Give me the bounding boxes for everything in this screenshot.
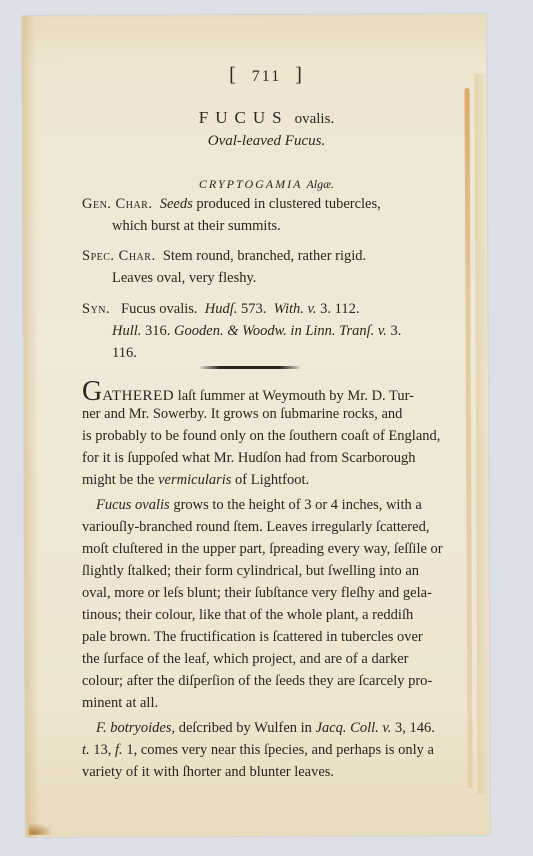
para-text: laſt ſummer at Weymouth by Mr. D. Tur- (174, 388, 414, 404)
order-name: Algæ. (306, 177, 334, 191)
para-text: 3, 146. (391, 720, 435, 736)
syn-ref: Hull. (112, 323, 141, 339)
syn-line-2: Hull. 316. Gooden. & Woodw. in Linn. Tra… (112, 320, 401, 342)
page-number-value: 711 (252, 68, 281, 85)
spec-char-text: Stem round, branched, rather rigid. (163, 248, 366, 264)
syn-line-3: 116. (112, 342, 137, 364)
syn-ref-num: 3. (387, 323, 402, 339)
para2-line-5: oval, more or leſs blunt; their ſubſtanc… (82, 582, 432, 604)
para2-line-1: Fucus ovalis grows to the height of 3 or… (96, 494, 422, 516)
para2-line-10: minent at all. (82, 692, 158, 714)
bracket-open: [ (229, 64, 238, 86)
para-text: of Lightfoot. (231, 472, 309, 488)
para3-line-2: t. 13, f. 1, comes very near this ſpecie… (82, 739, 434, 761)
para2-line-8: the ſurface of the leaf, which project, … (82, 648, 408, 670)
para-text: 1, comes very near this ſpecies, and per… (123, 742, 434, 758)
para2-line-2: variouſly-branched round ſtem. Leaves ir… (82, 516, 429, 538)
gen-char-text: produced in clustered tubercles, (193, 196, 381, 212)
para-text: 13, (90, 742, 115, 758)
para2-line-6: tinous; their colour, like that of the w… (82, 604, 413, 626)
class-name: CRYPTOGAMIA (199, 177, 303, 191)
para-text: grows to the height of 3 or 4 inches, wi… (170, 497, 422, 513)
page-number: [711] (0, 64, 533, 87)
para-italic: F. botryoides, (96, 720, 175, 736)
section-divider (200, 366, 300, 369)
para-text: deſcribed by Wulfen in (175, 720, 315, 736)
classification: CRYPTOGAMIAAlgæ. (0, 177, 533, 192)
syn-ref: Gooden. & Woodw. in Linn. Tranſ. v. (170, 323, 386, 339)
para1-line-5: might be the vermicularis of Lightfoot. (82, 469, 309, 491)
spec-char-line-2: Leaves oval, very fleshy. (112, 267, 256, 289)
para2-line-3: moſt cluſtered in the upper part, ſpread… (82, 538, 443, 560)
common-name: Oval-leaved Fucus. (0, 133, 533, 150)
para-text: might be the (82, 472, 158, 488)
para-italic: f. (115, 742, 123, 758)
gen-char-label: Gen. Char. (82, 196, 152, 212)
syn-line-1: Syn. Fucus ovalis. Hudſ. 573. With. v. 3… (82, 298, 359, 320)
bracket-close: ] (295, 64, 304, 86)
syn-ref: Hudſ. (205, 301, 238, 317)
para-italic: Fucus ovalis (96, 497, 170, 513)
para1-line-2: ner and Mr. Sowerby. It grows on ſubmari… (82, 403, 402, 425)
page-title: FUCUSovalis. (0, 108, 533, 128)
syn-ref: With. v. (274, 301, 317, 317)
gen-char-line-1: Gen. Char. Seeds produced in clustered t… (82, 193, 381, 215)
para-italic: vermicularis (158, 472, 231, 488)
page-content: [711] FUCUSovalis. Oval-leaved Fucus. CR… (0, 0, 533, 856)
syn-ref-num: 3. 112. (317, 301, 360, 317)
syn-ref-num: 573. (237, 301, 266, 317)
syn-text: Fucus ovalis. (121, 301, 198, 317)
para1-line-4: for it is ſuppoſed what Mr. Hudſon had f… (82, 447, 415, 469)
spec-char-line-1: Spec. Char. Stem round, branched, rather… (82, 245, 366, 267)
spec-char-label: Spec. Char. (82, 248, 156, 264)
species-name: ovalis. (295, 111, 335, 127)
para2-line-4: ſlightly ſtalked; their form cylindrical… (82, 560, 419, 582)
syn-label: Syn. (82, 301, 110, 317)
para1-line-3: is probably to be found only on the ſout… (82, 425, 440, 447)
para-italic: Jacq. Coll. v. (316, 720, 392, 736)
para3-line-1: F. botryoides, deſcribed by Wulfen in Ja… (96, 717, 435, 739)
gen-char-italic: Seeds (160, 196, 193, 212)
genus-name: FUCUS (199, 108, 289, 127)
para-italic: t. (82, 742, 90, 758)
para2-line-9: colour; after the diſperſion of the ſeed… (82, 670, 432, 692)
syn-ref-num: 316. (141, 323, 170, 339)
para3-line-3: variety of it with ſhorter and blunter l… (82, 761, 334, 783)
para2-line-7: pale brown. The fructification is ſcatte… (82, 626, 423, 648)
caps-word: ATHERED (102, 388, 174, 404)
gen-char-line-2: which burst at their summits. (112, 215, 281, 237)
